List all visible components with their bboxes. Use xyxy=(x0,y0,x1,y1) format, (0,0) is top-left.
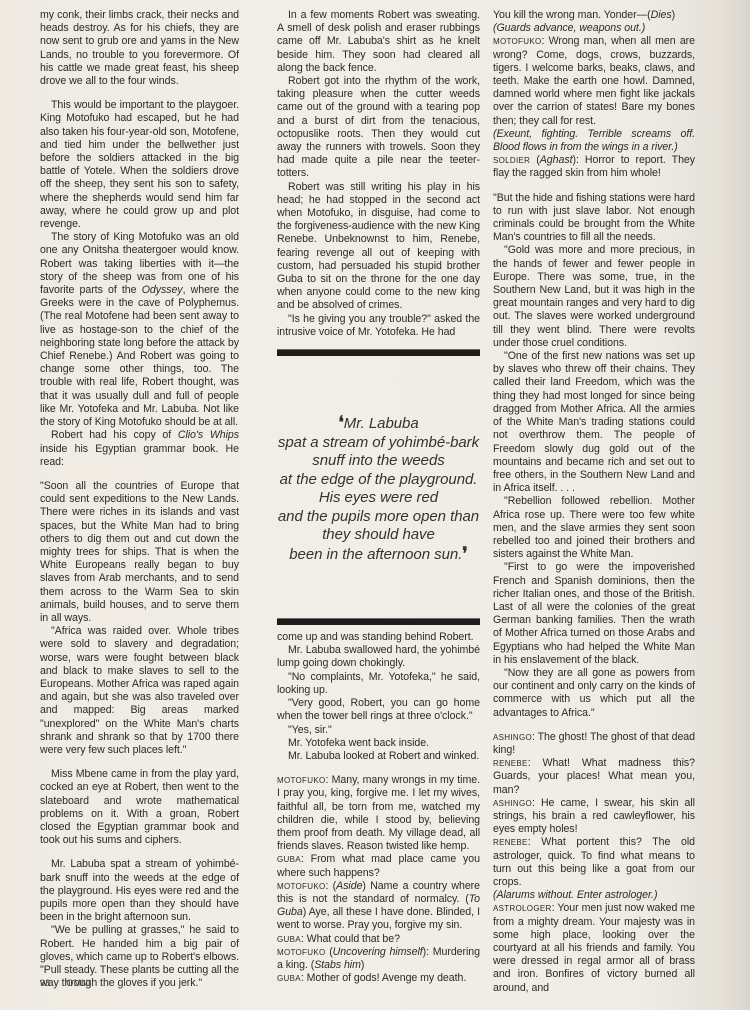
script-line: Motofuko: (Aside) Name a country where t… xyxy=(277,880,480,933)
script-line: Motofuko: Wrong man, when all men are wr… xyxy=(493,35,695,127)
paragraph: Robert had his copy of Clio's Whips insi… xyxy=(40,429,239,469)
paragraph: come up and was standing behind Robert. xyxy=(277,631,480,644)
book-quote-paragraph: "First to go were the impoverished Frenc… xyxy=(493,561,695,667)
stage-direction: Stabs him xyxy=(314,959,361,971)
dialogue: : Mother of gods! Avenge my death. xyxy=(301,972,466,984)
script-line: Guba: Mother of gods! Avenge my death. xyxy=(277,972,480,985)
script-line: Astrologer: Your men just now waked me f… xyxy=(493,902,695,994)
magazine-name: OMNI xyxy=(66,978,90,988)
paragraph: Robert was still writing his play in his… xyxy=(277,181,480,313)
dialogue: ) xyxy=(361,959,364,971)
text: , where the Greeks were in the cave of P… xyxy=(40,284,239,428)
close-quote-icon: ❜ xyxy=(462,544,467,563)
script-line: Motofuko (Uncovering himself): Murdering… xyxy=(277,946,480,972)
speaker-name: Motofuko xyxy=(277,948,325,957)
book-title: Clio's Whips xyxy=(178,429,239,441)
pull-quote: ❛Mr. Labuba spat a stream of yohimbé-bar… xyxy=(277,414,480,564)
speaker-name: Motofuko xyxy=(277,776,325,785)
stage-direction: (Guards advance, weapons out.) xyxy=(493,22,695,35)
pull-quote-top-rule xyxy=(277,349,480,356)
stage-direction: (Alarums without. Enter astrologer.) xyxy=(493,889,695,902)
dialogue: : Many, many wrongs in my time. I pray y… xyxy=(277,774,480,852)
dialogue: : Your men just now waked me from a migh… xyxy=(493,902,695,993)
pull-quote-line: at the edge of the playground. xyxy=(277,471,480,490)
dialogue: : What could that be? xyxy=(301,933,400,945)
speaker-name: Ashingo xyxy=(493,733,532,742)
stage-direction: Aghast xyxy=(540,154,573,166)
speaker-name: Astrologer xyxy=(493,904,552,913)
text: inside his Egyptian grammar book. He rea… xyxy=(40,443,239,468)
paragraph: Mr. Labuba swallowed hard, the yohimbé l… xyxy=(277,644,480,670)
play-excerpt-paragraph: my conk, their limbs crack, their necks … xyxy=(40,9,239,88)
book-quote-paragraph: "Africa was raided over. Whole tribes we… xyxy=(40,625,239,757)
dialogue: ( xyxy=(530,154,540,166)
paragraph: Mr. Yotofeka went back inside. xyxy=(277,737,480,750)
play-script-section: Motofuko: Many, many wrongs in my time. … xyxy=(277,774,480,985)
speaker-name: Renebe xyxy=(493,838,528,847)
speaker-name: Soldier xyxy=(493,156,530,165)
script-line: Ashingo: The ghost! The ghost of that de… xyxy=(493,731,695,757)
script-line: Renebe: What portent this? The old astro… xyxy=(493,836,695,889)
pull-quote-line: and the pupils more open than xyxy=(277,508,480,527)
book-title: Odyssey xyxy=(142,284,183,296)
speaker-name: Guba xyxy=(277,855,301,864)
pull-quote-line: spat a stream of yohimbé-bark xyxy=(277,434,480,453)
speaker-name: Guba xyxy=(277,974,301,983)
pull-quote-bottom-rule xyxy=(277,618,480,625)
paragraph: Mr. Labuba spat a stream of yohimbé-bark… xyxy=(40,858,239,924)
page-number: 98 xyxy=(40,978,50,988)
pull-quote-line: been in the afternoon sun. xyxy=(289,546,462,563)
paragraph: "Is he giving you any trouble?" asked th… xyxy=(277,313,480,339)
stage-direction: Aside xyxy=(336,880,362,892)
stage-direction: Dies xyxy=(651,9,672,21)
book-quote-paragraph: "Soon all the countries of Europe that c… xyxy=(40,480,239,625)
script-line: Soldier (Aghast): Horror to report. They… xyxy=(493,154,695,180)
script-line: You kill the wrong man. Yonder—(Dies) xyxy=(493,9,695,22)
script-line: Ashingo: He came, I swear, his skin all … xyxy=(493,797,695,837)
text: Robert had his copy of xyxy=(51,429,178,441)
paragraph: Miss Mbene came in from the play yard, c… xyxy=(40,768,239,847)
script-line: Guba: From what mad place came you where… xyxy=(277,853,480,879)
column-2: In a few moments Robert was sweating. A … xyxy=(277,9,480,985)
book-quote-paragraph: "Rebellion followed rebellion. Mother Af… xyxy=(493,495,695,561)
book-quote-paragraph: "One of the first new nations was set up… xyxy=(493,350,695,495)
paragraph: "No complaints, Mr. Yotofeka," he said, … xyxy=(277,671,480,697)
paragraph: "Very good, Robert, you can go home when… xyxy=(277,697,480,723)
book-quote-paragraph: "But the hide and fishing stations were … xyxy=(493,192,695,245)
pull-quote-line: they should have xyxy=(277,526,480,545)
dialogue: ( xyxy=(325,946,332,958)
column-3: You kill the wrong man. Yonder—(Dies) (G… xyxy=(493,9,695,995)
speaker-name: Motofuko xyxy=(493,37,541,46)
stage-direction: Uncovering himself xyxy=(333,946,423,958)
speaker-name: Ashingo xyxy=(493,799,532,808)
dialogue: : From what mad place came you where suc… xyxy=(277,853,480,878)
dialogue: : Wrong man, when all men are wrong? Com… xyxy=(493,35,695,126)
dialogue: You kill the wrong man. Yonder—( xyxy=(493,9,651,21)
paragraph: Mr. Labuba looked at Robert and winked. xyxy=(277,750,480,763)
paragraph: This would be important to the playgoer.… xyxy=(40,99,239,231)
book-quote-paragraph: "Gold was more and more precious, in the… xyxy=(493,244,695,350)
paragraph: In a few moments Robert was sweating. A … xyxy=(277,9,480,75)
page-footer: 98OMNI xyxy=(40,978,91,988)
pull-quote-line: Mr. Labuba xyxy=(344,415,419,432)
play-script-section: Ashingo: The ghost! The ghost of that de… xyxy=(493,731,695,995)
dialogue: : ( xyxy=(325,880,336,892)
column-1: my conk, their limbs crack, their necks … xyxy=(40,9,239,990)
script-line: Motofuko: Many, many wrongs in my time. … xyxy=(277,774,480,853)
dialogue: ) xyxy=(672,9,675,21)
speaker-name: Motofuko xyxy=(277,882,325,891)
script-line: Guba: What could that be? xyxy=(277,933,480,946)
column-2-continued: come up and was standing behind Robert. … xyxy=(277,631,480,763)
paragraph: Robert got into the rhythm of the work, … xyxy=(277,75,480,181)
script-line: Renebe: What! What madness this? Guards,… xyxy=(493,757,695,797)
paragraph: The story of King Motofuko was an old on… xyxy=(40,231,239,429)
dialogue: ) Aye, all these I have done. Blinded, I… xyxy=(277,906,480,931)
book-quote-paragraph: "Now they are all gone as powers from ou… xyxy=(493,667,695,720)
paragraph: "Yes, sir." xyxy=(277,724,480,737)
pull-quote-line: His eyes were red xyxy=(277,489,480,508)
magazine-page: my conk, their limbs crack, their necks … xyxy=(0,0,750,1010)
pull-quote-line: snuff into the weeds xyxy=(277,452,480,471)
speaker-name: Renebe xyxy=(493,759,528,768)
speaker-name: Guba xyxy=(277,935,301,944)
stage-direction: (Exeunt, fighting. Terrible screams off.… xyxy=(493,128,695,154)
